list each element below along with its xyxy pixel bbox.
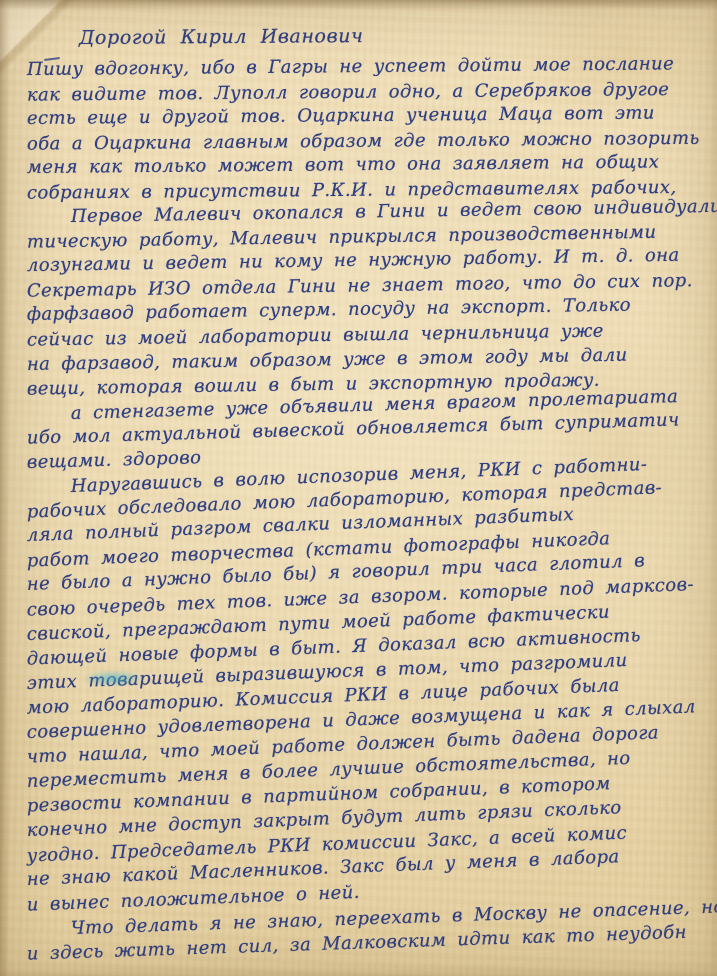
letter-body: Пишу вдогонку, ибо в Гагры не успеет дой… — [27, 58, 711, 966]
paragraph: Наругавшись в волю испозорив меня, РКИ с… — [27, 475, 711, 917]
paragraph: Первое Малевич окопался в Гини и ведет с… — [27, 205, 711, 401]
paragraph: Что делать я не знаю, переехать в Москву… — [27, 917, 711, 966]
letter-content: Дорогой Кирил Иванович Пишу вдогонку, иб… — [0, 0, 717, 976]
salutation: Дорогой Кирил Иванович — [79, 21, 711, 51]
ink-smudge — [82, 670, 144, 687]
paragraph: Пишу вдогонку, ибо в Гагры не успеет дой… — [27, 58, 711, 205]
letter-page: Дорогой Кирил Иванович Пишу вдогонку, иб… — [0, 0, 717, 976]
